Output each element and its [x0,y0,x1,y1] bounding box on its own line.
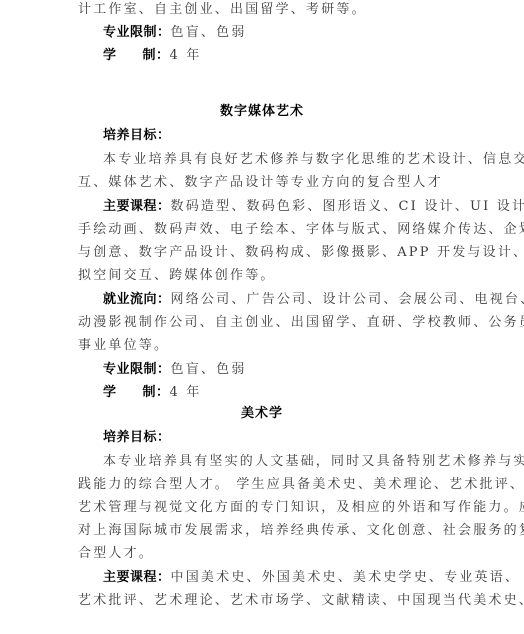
colon: ： [157,25,171,40]
goal-text-line: 合型人才。 [78,546,448,562]
goal-heading: 培养目标： [103,430,473,446]
courses-label: 主要课程 [103,570,157,585]
restriction-label: 专业限制 [103,362,157,377]
duration-value: 4 年 [170,385,202,400]
colon: ： [156,48,170,63]
career-text: 网络公司、广告公司、设计公司、会展公司、电视台、 [171,292,524,307]
restriction-value: 色盲、色弱 [171,362,247,377]
courses-text-line: 艺术批评、艺术理论、艺术市场学、文献精读、中国现当代美术史、 [78,593,448,609]
duration-label-part1: 学 [103,385,117,400]
courses-text-line: 手绘动画、数码声效、电子绘本、字体与版式、网络媒介传达、企划 [78,222,448,238]
goal-text-line: 本专业培养具有良好艺术修养与数字化思维的艺术设计、信息交 [103,152,473,168]
colon: ： [156,385,170,400]
colon: ： [157,362,171,377]
goal-text-line: 本专业培养具有坚实的人文基础，同时又具备特别艺术修养与实 [103,454,473,470]
goal-label: 培养目标 [103,128,157,143]
goal-text-line: 对上海国际城市发展需求，培养经典传承、文化创意、社会服务的复 [78,523,448,539]
restriction-row: 专业限制：色盲、色弱 [103,362,473,378]
restriction-value: 色盲、色弱 [171,25,247,40]
section-title-digital-media-art: 数字媒体艺术 [0,104,524,120]
colon: ： [157,199,171,214]
career-row: 就业流向：网络公司、广告公司、设计公司、会展公司、电视台、 [103,292,473,308]
colon: ： [157,128,171,143]
duration-row: 学制：4 年 [103,385,473,401]
career-text-line: 事业单位等。 [78,338,448,354]
restriction-label: 专业限制 [103,25,157,40]
colon: ： [157,292,171,307]
goal-label: 培养目标 [103,430,157,445]
courses-text-line: 拟空间交互、跨媒体创作等。 [78,268,448,284]
courses-text: 数码造型、数码色彩、图形语义、CI 设计、UI 设计、 [171,199,524,214]
duration-label-part1: 学 [103,48,117,63]
courses-row: 主要课程：中国美术史、外国美术史、美术史学史、专业英语、 [103,570,473,586]
goal-heading: 培养目标： [103,128,473,144]
goal-text-line: 互、媒体艺术、数字产品设计等专业方向的复合型人才 [78,175,448,191]
restriction-row: 专业限制：色盲、色弱 [103,25,473,41]
courses-row: 主要课程：数码造型、数码色彩、图形语义、CI 设计、UI 设计、 [103,199,473,215]
duration-label-part2: 制 [143,48,157,63]
career-text-line: 动漫影视制作公司、自主创业、出国留学、直研、学校教师、公务员、 [78,315,448,331]
duration-value: 4 年 [170,48,202,63]
goal-text-line: 艺术管理与视觉文化方面的专门知识，及相应的外语和写作能力。应 [78,500,448,516]
courses-label: 主要课程 [103,199,157,214]
colon: ： [157,570,171,585]
courses-text: 中国美术史、外国美术史、美术史学史、专业英语、 [171,570,521,585]
career-label: 就业流向 [103,292,157,307]
courses-text-line: 与创意、数字产品设计、数码构成、影像摄影、APP 开发与设计、虚 [78,245,448,261]
duration-row: 学制：4 年 [103,48,473,64]
document-page: 计工作室、自主创业、出国留学、考研等。 专业限制：色盲、色弱 学制：4 年 数字… [0,0,524,634]
colon: ： [157,430,171,445]
section-title-fine-arts: 美术学 [0,406,524,422]
goal-text-line: 践能力的综合型人才。 学生应具备美术史、美术理论、艺术批评、 [78,477,448,493]
career-text-line: 计工作室、自主创业、出国留学、考研等。 [78,2,448,18]
duration-label-part2: 制 [143,385,157,400]
